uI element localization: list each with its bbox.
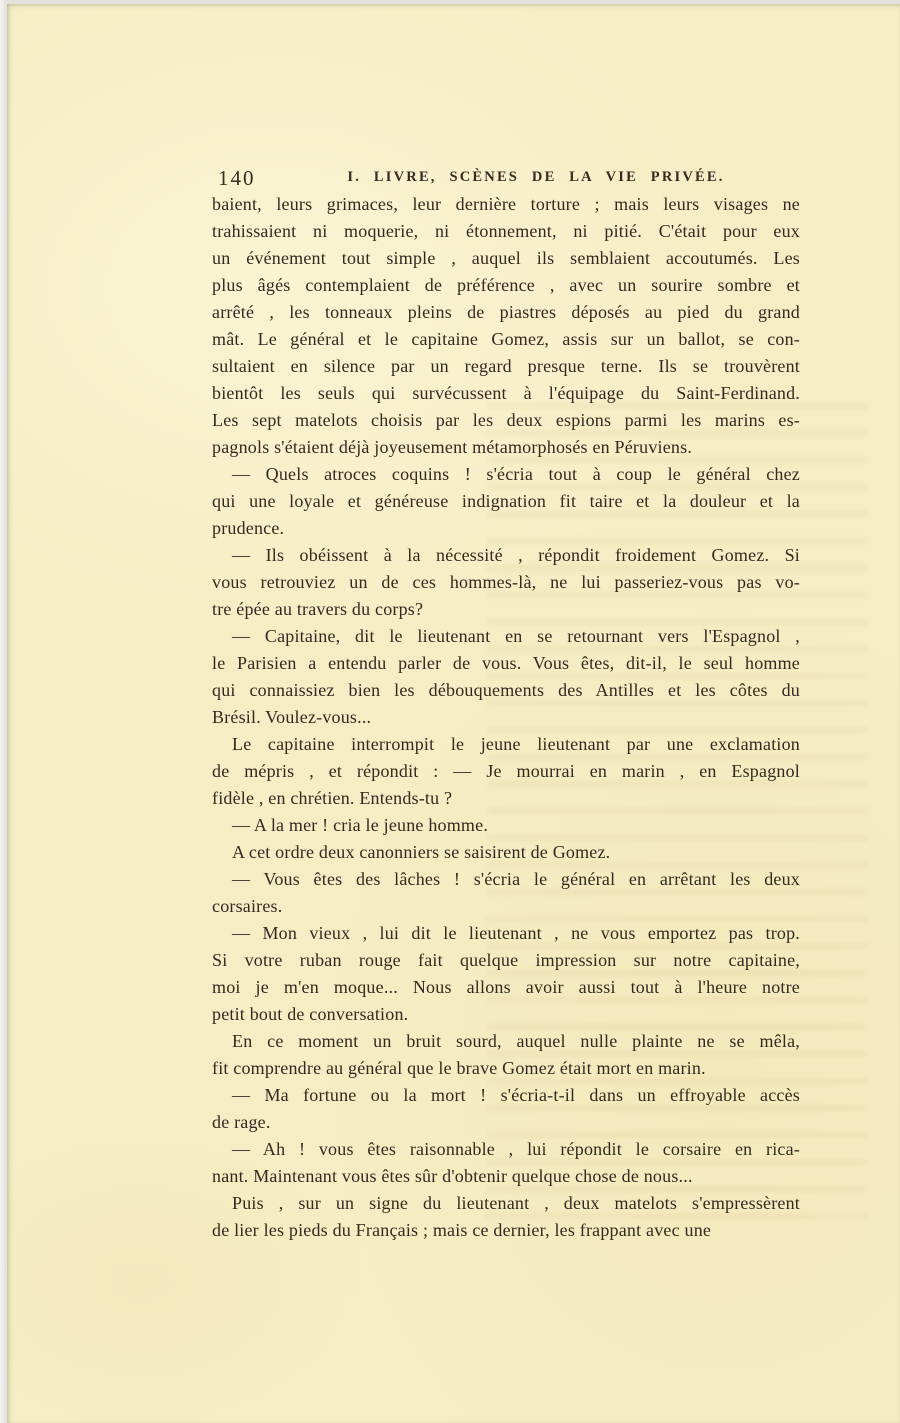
text-line: Le capitaine interrompit le jeune lieute…: [212, 731, 800, 758]
text-line: — Mon vieux , lui dit le lieutenant , ne…: [212, 920, 800, 947]
text-line: bientôt les seuls qui survécussent à l'é…: [212, 380, 800, 407]
text-line: — Quels atroces coquins ! s'écria tout à…: [212, 461, 800, 488]
paragraph: A cet ordre deux canonniers se saisirent…: [212, 839, 800, 866]
text-line: — Vous êtes des lâches ! s'écria le géné…: [212, 866, 800, 893]
text-line: Brésil. Voulez-vous...: [212, 704, 800, 731]
running-title: I. LIVRE, SCÈNES DE LA VIE PRIVÉE.: [302, 169, 770, 186]
text-line: Les sept matelots choisis par les deux e…: [212, 407, 800, 434]
text-line: vous retrouviez un de ces hommes-là, ne …: [212, 569, 800, 596]
page-number: 140: [218, 166, 256, 191]
paragraph: Le capitaine interrompit le jeune lieute…: [212, 731, 800, 812]
text-line: Puis , sur un signe du lieutenant , deux…: [212, 1190, 800, 1217]
paragraph: — Ils obéissent à la nécessité , répondi…: [212, 542, 800, 623]
text-line: qui une loyale et généreuse indignation …: [212, 488, 800, 515]
text-line: corsaires.: [212, 893, 800, 920]
paragraph: — Vous êtes des lâches ! s'écria le géné…: [212, 866, 800, 920]
text-line: un événement tout simple , auquel ils se…: [212, 245, 800, 272]
text-line: arrêté , les tonneaux pleins de piastres…: [212, 299, 800, 326]
text-line: fit comprendre au général que le brave G…: [212, 1055, 800, 1082]
page-body: baient, leurs grimaces, leur dernière to…: [212, 191, 800, 1244]
paragraph: — Ah ! vous êtes raisonnable , lui répon…: [212, 1136, 800, 1190]
text-line: prudence.: [212, 515, 800, 542]
text-line: fidèle , en chrétien. Entends-tu ?: [212, 785, 800, 812]
text-line: sultaient en silence par un regard presq…: [212, 353, 800, 380]
paragraph: — Capitaine, dit le lieutenant en se ret…: [212, 623, 800, 731]
text-line: mât. Le général et le capitaine Gomez, a…: [212, 326, 800, 353]
text-line: A cet ordre deux canonniers se saisirent…: [212, 839, 800, 866]
text-line: petit bout de conversation.: [212, 1001, 800, 1028]
running-header: 140 I. LIVRE, SCÈNES DE LA VIE PRIVÉE.: [212, 166, 800, 192]
text-line: — Capitaine, dit le lieutenant en se ret…: [212, 623, 800, 650]
paragraph: En ce moment un bruit sourd, auquel null…: [212, 1028, 800, 1082]
text-line: de mépris , et répondit : — Je mourrai e…: [212, 758, 800, 785]
text-line: de rage.: [212, 1109, 800, 1136]
text-line: trahissaient ni moquerie, ni étonnement,…: [212, 218, 800, 245]
text-line: En ce moment un bruit sourd, auquel null…: [212, 1028, 800, 1055]
text-line: de lier les pieds du Français ; mais ce …: [212, 1217, 800, 1244]
text-line: — Ma fortune ou la mort ! s'écria-t-il d…: [212, 1082, 800, 1109]
text-line: baient, leurs grimaces, leur dernière to…: [212, 191, 800, 218]
text-line: tre épée au travers du corps?: [212, 596, 800, 623]
paragraph: Puis , sur un signe du lieutenant , deux…: [212, 1190, 800, 1244]
text-line: nant. Maintenant vous êtes sûr d'obtenir…: [212, 1163, 800, 1190]
paragraph: — Ma fortune ou la mort ! s'écria-t-il d…: [212, 1082, 800, 1136]
text-line: le Parisien a entendu parler de vous. Vo…: [212, 650, 800, 677]
text-line: — A la mer ! cria le jeune homme.: [212, 812, 800, 839]
paragraph: — Quels atroces coquins ! s'écria tout à…: [212, 461, 800, 542]
paragraph: — A la mer ! cria le jeune homme.: [212, 812, 800, 839]
paragraph: baient, leurs grimaces, leur dernière to…: [212, 191, 800, 461]
text-line: qui connaissiez bien les débouquements d…: [212, 677, 800, 704]
text-line: plus âgés contemplaient de préférence , …: [212, 272, 800, 299]
text-line: pagnols s'étaient déjà joyeusement métam…: [212, 434, 800, 461]
text-line: Si votre ruban rouge fait quelque impres…: [212, 947, 800, 974]
text-line: moi je m'en moque... Nous allons avoir a…: [212, 974, 800, 1001]
paragraph: — Mon vieux , lui dit le lieutenant , ne…: [212, 920, 800, 1028]
text-line: — Ah ! vous êtes raisonnable , lui répon…: [212, 1136, 800, 1163]
text-line: — Ils obéissent à la nécessité , répondi…: [212, 542, 800, 569]
